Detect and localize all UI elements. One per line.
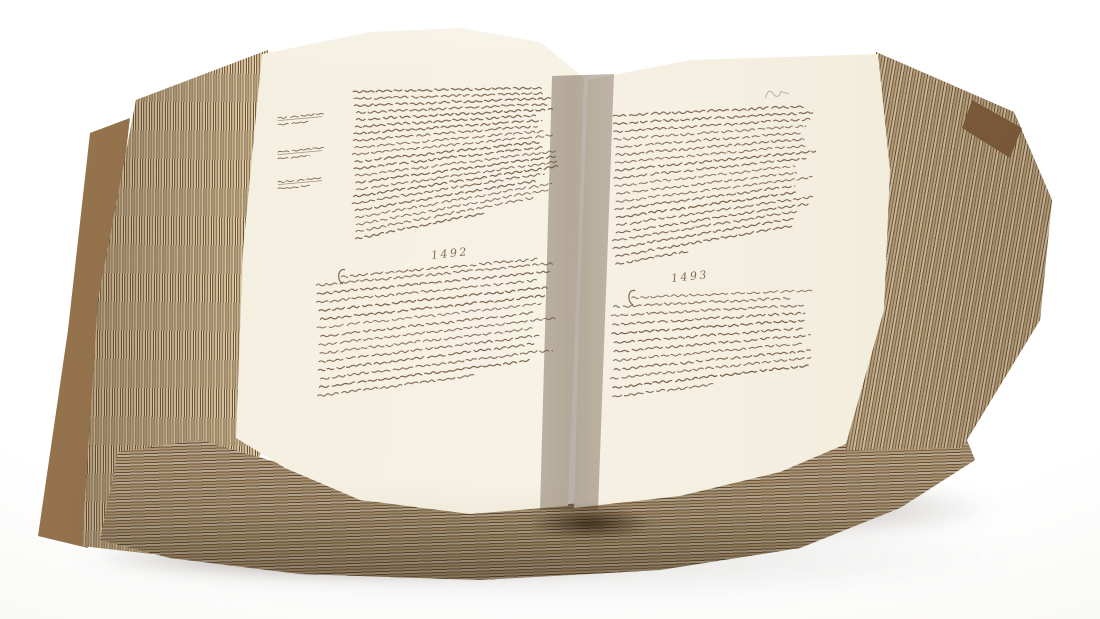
manuscript-photo: 1492 1493 bbox=[0, 0, 1100, 619]
